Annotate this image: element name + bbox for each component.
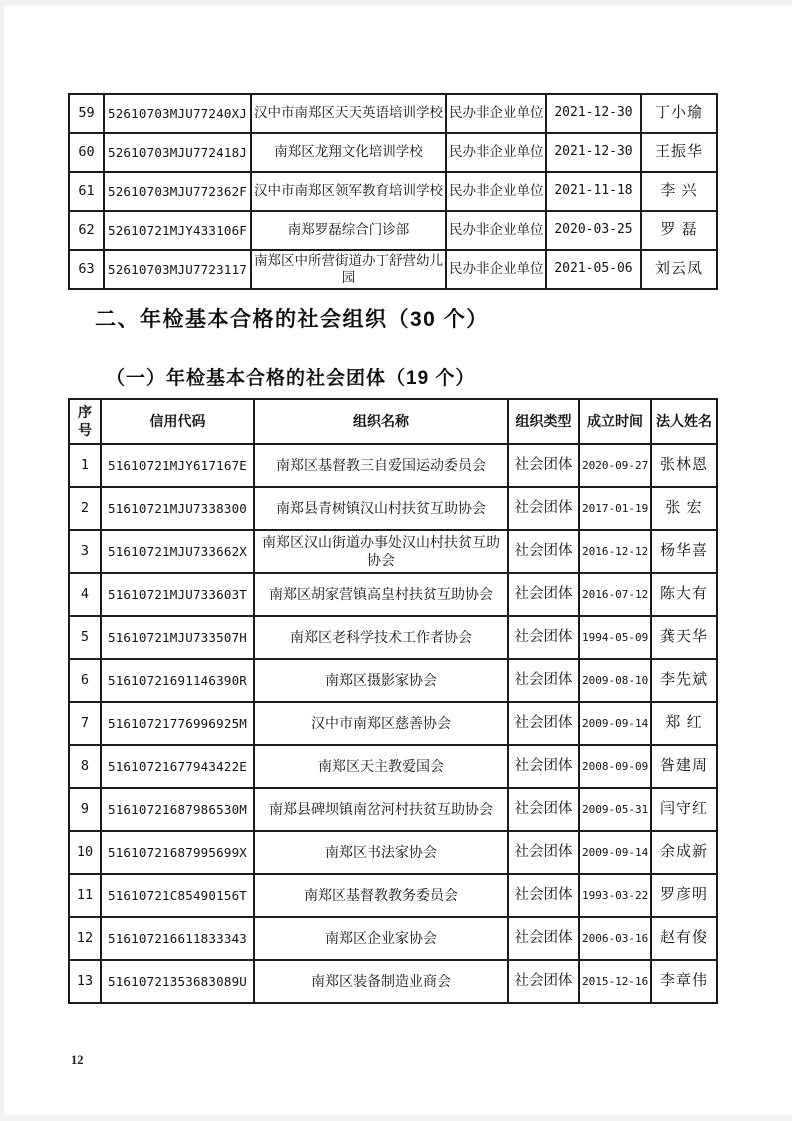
cell-founding-date: 2021-12-30 <box>546 133 641 172</box>
cell-credit-code: 52610721MJY433106F <box>104 211 251 250</box>
cell-org-type: 社会团体 <box>508 874 579 917</box>
section-heading: 二、年检基本合格的社会组织（30 个） <box>95 303 489 333</box>
cell-seq-number: 3 <box>69 530 101 573</box>
table-row: 10 51610721687995699X 南郑区书法家协会 社会团体 2009… <box>69 831 717 874</box>
cell-seq-number: 7 <box>69 702 101 745</box>
table-row: 13 51610721353683089U 南郑区装备制造业商会 社会团体 20… <box>69 960 717 1003</box>
cell-founding-date: 2009-09-14 <box>579 831 651 874</box>
table-row: 9 51610721687986530M 南郑县碑坝镇南岔河村扶贫互助协会 社会… <box>69 788 717 831</box>
cell-org-name: 南郑区企业家协会 <box>254 917 508 960</box>
cell-org-name: 南郑县碑坝镇南岔河村扶贫互助协会 <box>254 788 508 831</box>
cell-org-name: 南郑区老科学技术工作者协会 <box>254 616 508 659</box>
table-nonprofit-units-continued: 59 52610703MJU77240XJ 汉中市南郑区天天英语培训学校 民办非… <box>68 93 718 290</box>
scan-edge-artifact <box>0 1115 792 1121</box>
cell-credit-code: 51610721677943422E <box>101 745 254 788</box>
cell-founding-date: 2020-03-25 <box>546 211 641 250</box>
cell-legal-person: 杨华喜 <box>651 530 717 573</box>
cell-legal-person: 闫守红 <box>651 788 717 831</box>
table-row: 4 51610721MJU733603T 南郑区胡家营镇高皇村扶贫互助协会 社会… <box>69 573 717 616</box>
cell-legal-person: 张 宏 <box>651 487 717 530</box>
cell-org-name: 南郑罗磊综合门诊部 <box>251 211 446 250</box>
cell-legal-person: 罗 磊 <box>641 211 717 250</box>
cell-founding-date: 2017-01-19 <box>579 487 651 530</box>
cell-legal-person: 王振华 <box>641 133 717 172</box>
cell-org-type: 社会团体 <box>508 917 579 960</box>
table-row: 3 51610721MJU733662X 南郑区汉山街道办事处汉山村扶贫互助协会… <box>69 530 717 573</box>
cell-org-type: 社会团体 <box>508 960 579 1003</box>
header-credit-code: 信用代码 <box>101 399 254 444</box>
cell-founding-date: 2021-05-06 <box>546 250 641 289</box>
header-org-name: 组织名称 <box>254 399 508 444</box>
cell-org-name: 南郑区摄影家协会 <box>254 659 508 702</box>
cell-org-type: 民办非企业单位 <box>446 172 546 211</box>
cell-founding-date: 2009-05-31 <box>579 788 651 831</box>
cell-seq-number: 59 <box>69 94 104 133</box>
cell-legal-person: 龚天华 <box>651 616 717 659</box>
cell-org-name: 汉中市南郑区领军教育培训学校 <box>251 172 446 211</box>
cell-credit-code: 52610703MJU772418J <box>104 133 251 172</box>
cell-org-type: 民办非企业单位 <box>446 211 546 250</box>
table-social-groups: 序号 信用代码 组织名称 组织类型 成立时间 法人姓名 1 51610721MJ… <box>68 398 718 1004</box>
cell-founding-date: 1994-05-09 <box>579 616 651 659</box>
cell-founding-date: 1993-03-22 <box>579 874 651 917</box>
table-row: 61 52610703MJU772362F 汉中市南郑区领军教育培训学校 民办非… <box>69 172 717 211</box>
cell-org-name: 南郑县青树镇汉山村扶贫互助协会 <box>254 487 508 530</box>
cell-org-type: 民办非企业单位 <box>446 133 546 172</box>
cell-seq-number: 6 <box>69 659 101 702</box>
cell-org-name: 南郑区基督教教务委员会 <box>254 874 508 917</box>
cell-legal-person: 丁小瑜 <box>641 94 717 133</box>
cell-org-type: 社会团体 <box>508 573 579 616</box>
cell-founding-date: 2008-09-09 <box>579 745 651 788</box>
page-number: 12 <box>71 1053 84 1068</box>
header-org-type: 组织类型 <box>508 399 579 444</box>
scan-edge-artifact <box>0 0 4 1121</box>
cell-seq-number: 60 <box>69 133 104 172</box>
table-row: 7 51610721776996925M 汉中市南郑区慈善协会 社会团体 200… <box>69 702 717 745</box>
cell-founding-date: 2020-09-27 <box>579 444 651 487</box>
cell-org-name: 南郑区中所营街道办丁舒营幼儿园 <box>251 250 446 289</box>
cell-seq-number: 4 <box>69 573 101 616</box>
cell-credit-code: 51610721687986530M <box>101 788 254 831</box>
cell-org-type: 社会团体 <box>508 788 579 831</box>
cell-legal-person: 郑 红 <box>651 702 717 745</box>
table-row: 2 51610721MJU7338300 南郑县青树镇汉山村扶贫互助协会 社会团… <box>69 487 717 530</box>
table-row: 1 51610721MJY617167E 南郑区基督教三自爱国运动委员会 社会团… <box>69 444 717 487</box>
cell-org-name: 南郑区胡家营镇高皇村扶贫互助协会 <box>254 573 508 616</box>
cell-seq-number: 10 <box>69 831 101 874</box>
cell-org-type: 社会团体 <box>508 831 579 874</box>
cell-seq-number: 61 <box>69 172 104 211</box>
cell-org-type: 社会团体 <box>508 530 579 573</box>
cell-legal-person: 张林恩 <box>651 444 717 487</box>
header-founding-date: 成立时间 <box>579 399 651 444</box>
cell-legal-person: 李 兴 <box>641 172 717 211</box>
cell-credit-code: 51610721MJY617167E <box>101 444 254 487</box>
cell-seq-number: 2 <box>69 487 101 530</box>
cell-org-name: 南郑区装备制造业商会 <box>254 960 508 1003</box>
cell-seq-number: 12 <box>69 917 101 960</box>
cell-org-name: 南郑区书法家协会 <box>254 831 508 874</box>
cell-seq-number: 9 <box>69 788 101 831</box>
cell-org-type: 社会团体 <box>508 659 579 702</box>
cell-seq-number: 13 <box>69 960 101 1003</box>
table-row: 6 51610721691146390R 南郑区摄影家协会 社会团体 2009-… <box>69 659 717 702</box>
cell-org-type: 社会团体 <box>508 702 579 745</box>
cell-credit-code: 51610721MJU7338300 <box>101 487 254 530</box>
document-page: 59 52610703MJU77240XJ 汉中市南郑区天天英语培训学校 民办非… <box>0 0 792 1121</box>
table-row: 12 516107216611833343 南郑区企业家协会 社会团体 2006… <box>69 917 717 960</box>
cell-founding-date: 2006-03-16 <box>579 917 651 960</box>
cell-seq-number: 63 <box>69 250 104 289</box>
cell-founding-date: 2015-12-16 <box>579 960 651 1003</box>
cell-seq-number: 8 <box>69 745 101 788</box>
subsection-heading: （一）年检基本合格的社会团体（19 个） <box>106 363 475 390</box>
cell-legal-person: 赵有俊 <box>651 917 717 960</box>
cell-founding-date: 2016-12-12 <box>579 530 651 573</box>
cell-credit-code: 52610703MJU772362F <box>104 172 251 211</box>
cell-org-name: 南郑区龙翔文化培训学校 <box>251 133 446 172</box>
table-row: 60 52610703MJU772418J 南郑区龙翔文化培训学校 民办非企业单… <box>69 133 717 172</box>
table-row: 63 52610703MJU7723117 南郑区中所营街道办丁舒营幼儿园 民办… <box>69 250 717 289</box>
cell-credit-code: 51610721MJU733662X <box>101 530 254 573</box>
cell-org-type: 民办非企业单位 <box>446 94 546 133</box>
cell-credit-code: 51610721MJU733603T <box>101 573 254 616</box>
cell-credit-code: 51610721C85490156T <box>101 874 254 917</box>
cell-org-type: 民办非企业单位 <box>446 250 546 289</box>
cell-seq-number: 11 <box>69 874 101 917</box>
cell-org-type: 社会团体 <box>508 487 579 530</box>
cell-org-type: 社会团体 <box>508 444 579 487</box>
cell-org-name: 南郑区天主教爱国会 <box>254 745 508 788</box>
cell-founding-date: 2021-12-30 <box>546 94 641 133</box>
scan-edge-artifact <box>0 0 792 5</box>
cell-legal-person: 李先斌 <box>651 659 717 702</box>
cell-legal-person: 余成新 <box>651 831 717 874</box>
table-row: 5 51610721MJU733507H 南郑区老科学技术工作者协会 社会团体 … <box>69 616 717 659</box>
header-legal-person: 法人姓名 <box>651 399 717 444</box>
table-row: 11 51610721C85490156T 南郑区基督教教务委员会 社会团体 1… <box>69 874 717 917</box>
table-row: 8 51610721677943422E 南郑区天主教爱国会 社会团体 2008… <box>69 745 717 788</box>
cell-founding-date: 2009-08-10 <box>579 659 651 702</box>
cell-credit-code: 516107216611833343 <box>101 917 254 960</box>
table-header-row: 序号 信用代码 组织名称 组织类型 成立时间 法人姓名 <box>69 399 717 444</box>
cell-org-name: 南郑区基督教三自爱国运动委员会 <box>254 444 508 487</box>
cell-credit-code: 52610703MJU77240XJ <box>104 94 251 133</box>
cell-org-type: 社会团体 <box>508 745 579 788</box>
cell-org-name: 南郑区汉山街道办事处汉山村扶贫互助协会 <box>254 530 508 573</box>
header-seq-number: 序号 <box>69 399 101 444</box>
cell-legal-person: 陈大有 <box>651 573 717 616</box>
cell-founding-date: 2021-11-18 <box>546 172 641 211</box>
cell-seq-number: 1 <box>69 444 101 487</box>
cell-founding-date: 2016-07-12 <box>579 573 651 616</box>
cell-org-name: 汉中市南郑区天天英语培训学校 <box>251 94 446 133</box>
cell-org-type: 社会团体 <box>508 616 579 659</box>
cell-seq-number: 62 <box>69 211 104 250</box>
cell-founding-date: 2009-09-14 <box>579 702 651 745</box>
cell-credit-code: 51610721353683089U <box>101 960 254 1003</box>
cell-legal-person: 刘云凤 <box>641 250 717 289</box>
cell-credit-code: 52610703MJU7723117 <box>104 250 251 289</box>
cell-credit-code: 51610721691146390R <box>101 659 254 702</box>
cell-credit-code: 51610721776996925M <box>101 702 254 745</box>
cell-legal-person: 李章伟 <box>651 960 717 1003</box>
cell-credit-code: 51610721MJU733507H <box>101 616 254 659</box>
cell-org-name: 汉中市南郑区慈善协会 <box>254 702 508 745</box>
cell-legal-person: 昝建周 <box>651 745 717 788</box>
cell-credit-code: 51610721687995699X <box>101 831 254 874</box>
table-row: 59 52610703MJU77240XJ 汉中市南郑区天天英语培训学校 民办非… <box>69 94 717 133</box>
cell-legal-person: 罗彦明 <box>651 874 717 917</box>
table-row: 62 52610721MJY433106F 南郑罗磊综合门诊部 民办非企业单位 … <box>69 211 717 250</box>
cell-seq-number: 5 <box>69 616 101 659</box>
